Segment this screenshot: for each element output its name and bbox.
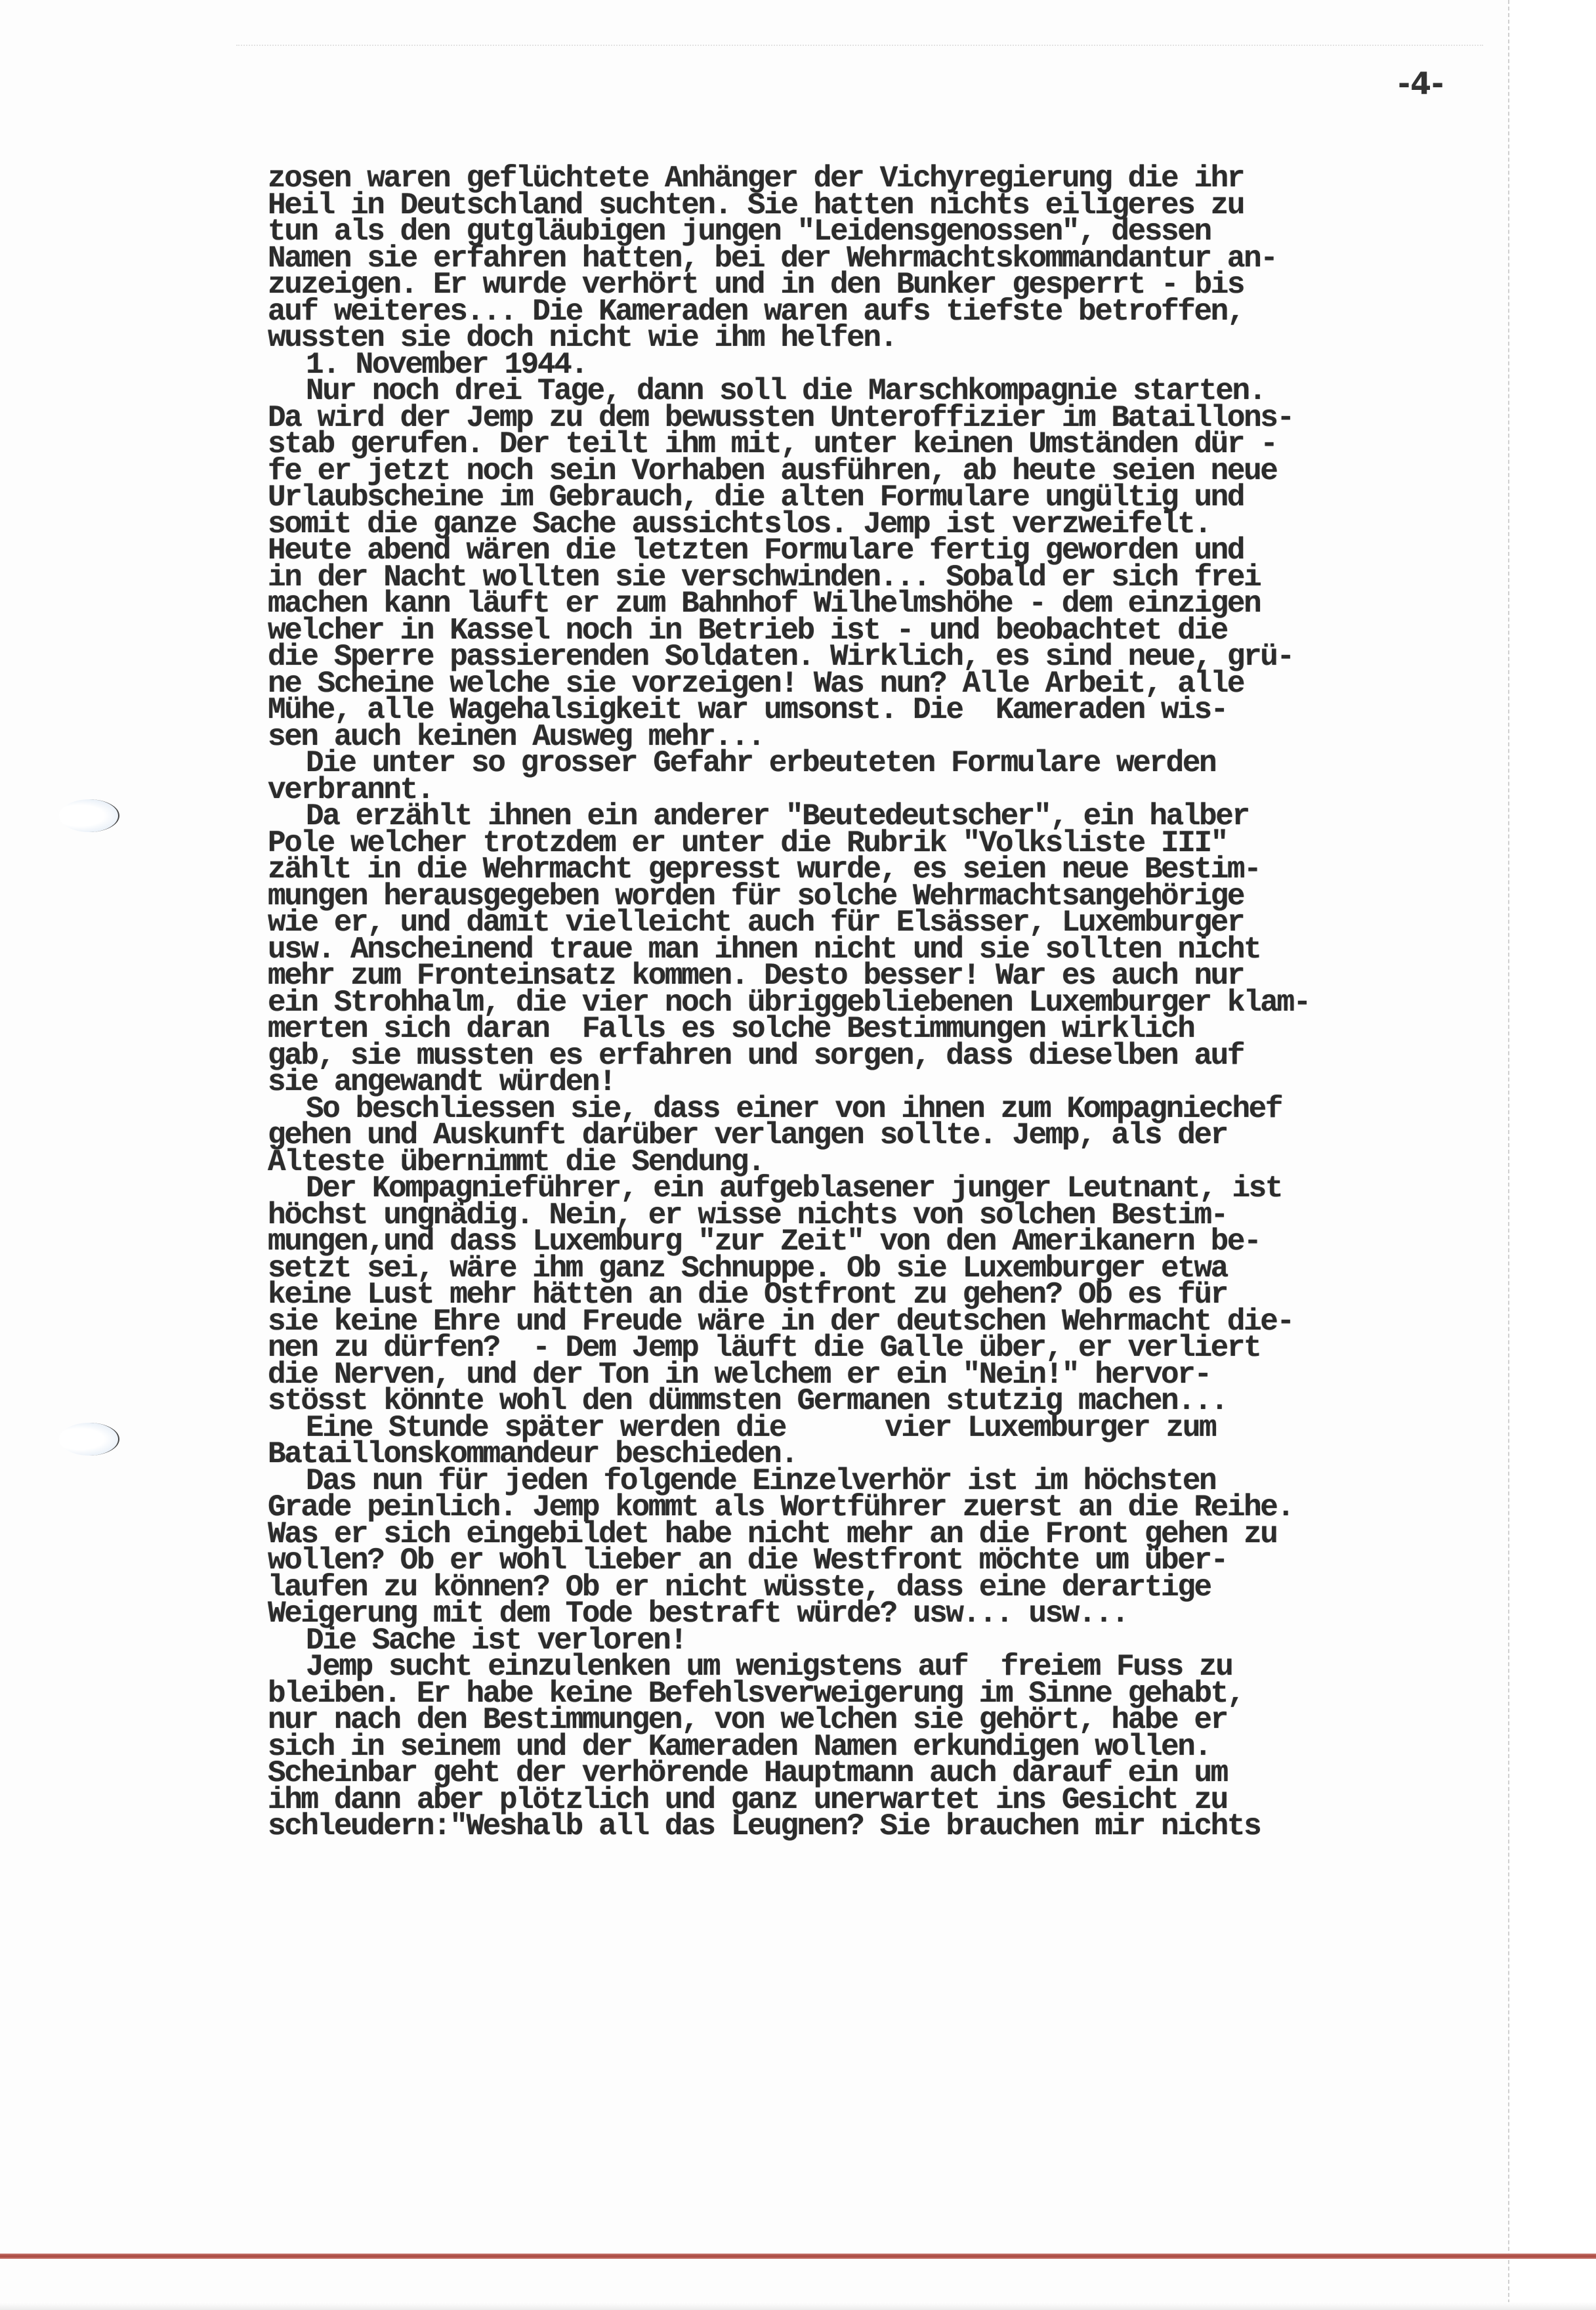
text-line: Die unter so grosser Gefahr erbeuteten F… (268, 750, 1515, 777)
punch-hole-upper (59, 799, 119, 832)
punch-hole-lower (59, 1423, 119, 1456)
body-text: zosen waren geflüchtete Anhänger der Vic… (268, 165, 1515, 1840)
typewritten-page: -4- zosen waren geflüchtete Anhänger der… (0, 0, 1509, 2310)
text-line: schleudern:"Weshalb all das Leugnen? Sie… (268, 1813, 1515, 1840)
page-number: -4- (1398, 66, 1444, 101)
page-top-edge (236, 45, 1483, 46)
bottom-red-rule (0, 2254, 1596, 2259)
scan-bottom-edge (0, 2302, 1596, 2310)
